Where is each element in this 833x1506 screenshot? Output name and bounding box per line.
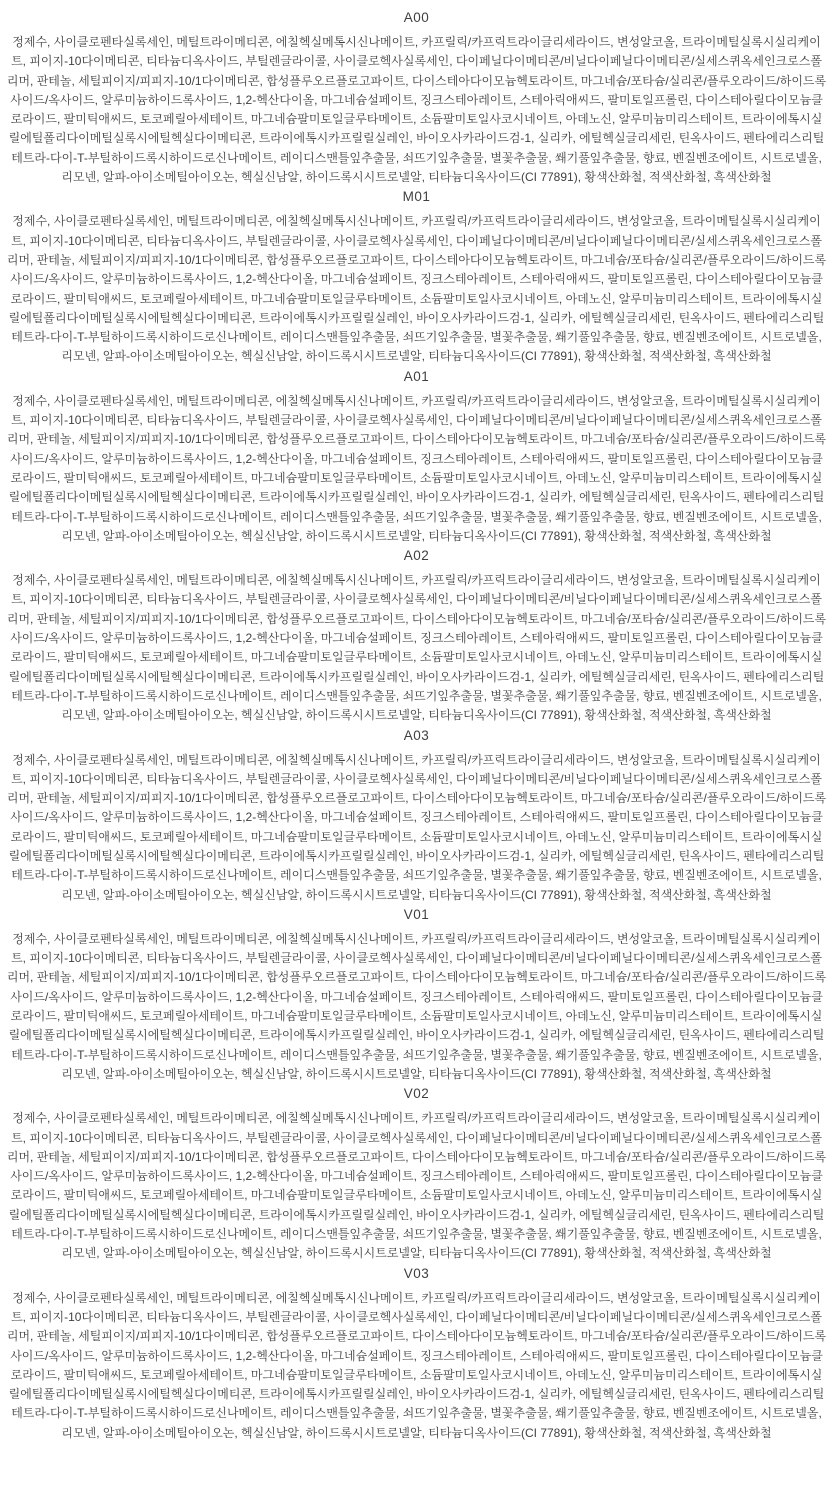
shade-code-heading: V03 [6, 1264, 827, 1283]
ingredients-paragraph: 정제수, 사이클로펜타실록세인, 메틸트라이메티콘, 에칠헥실메톡시신나메이트,… [6, 930, 827, 1084]
shade-code-heading: M01 [6, 187, 827, 206]
shade-code-heading: A00 [6, 8, 827, 27]
ingredients-paragraph: 정제수, 사이클로펜타실록세인, 메틸트라이메티콘, 에칠헥실메톡시신나메이트,… [6, 1109, 827, 1263]
ingredient-list-page: A00 정제수, 사이클로펜타실록세인, 메틸트라이메티콘, 에칠헥실메톡시신나… [6, 8, 827, 1443]
ingredients-paragraph: 정제수, 사이클로펜타실록세인, 메틸트라이메티콘, 에칠헥실메톡시신나메이트,… [6, 571, 827, 725]
shade-code-heading: A01 [6, 367, 827, 386]
ingredients-paragraph: 정제수, 사이클로펜타실록세인, 메틸트라이메티콘, 에칠헥실메톡시신나메이트,… [6, 392, 827, 546]
ingredient-block-a02: A02 정제수, 사이클로펜타실록세인, 메틸트라이메티콘, 에칠헥실메톡시신나… [6, 546, 827, 725]
shade-code-heading: A03 [6, 726, 827, 745]
ingredients-paragraph: 정제수, 사이클로펜타실록세인, 메틸트라이메티콘, 에칠헥실메톡시신나메이트,… [6, 33, 827, 187]
shade-code-heading: V02 [6, 1084, 827, 1103]
ingredient-block-a01: A01 정제수, 사이클로펜타실록세인, 메틸트라이메티콘, 에칠헥실메톡시신나… [6, 367, 827, 546]
ingredient-block-a03: A03 정제수, 사이클로펜타실록세인, 메틸트라이메티콘, 에칠헥실메톡시신나… [6, 726, 827, 905]
ingredient-block-v02: V02 정제수, 사이클로펜타실록세인, 메틸트라이메티콘, 에칠헥실메톡시신나… [6, 1084, 827, 1263]
ingredients-paragraph: 정제수, 사이클로펜타실록세인, 메틸트라이메티콘, 에칠헥실메톡시신나메이트,… [6, 751, 827, 905]
ingredient-block-v03: V03 정제수, 사이클로펜타실록세인, 메틸트라이메티콘, 에칠헥실메톡시신나… [6, 1264, 827, 1443]
ingredient-block-v01: V01 정제수, 사이클로펜타실록세인, 메틸트라이메티콘, 에칠헥실메톡시신나… [6, 905, 827, 1084]
shade-code-heading: V01 [6, 905, 827, 924]
ingredient-block-a00: A00 정제수, 사이클로펜타실록세인, 메틸트라이메티콘, 에칠헥실메톡시신나… [6, 8, 827, 187]
ingredients-paragraph: 정제수, 사이클로펜타실록세인, 메틸트라이메티콘, 에칠헥실메톡시신나메이트,… [6, 212, 827, 366]
ingredients-paragraph: 정제수, 사이클로펜타실록세인, 메틸트라이메티콘, 에칠헥실메톡시신나메이트,… [6, 1289, 827, 1443]
ingredient-block-m01: M01 정제수, 사이클로펜타실록세인, 메틸트라이메티콘, 에칠헥실메톡시신나… [6, 187, 827, 366]
shade-code-heading: A02 [6, 546, 827, 565]
